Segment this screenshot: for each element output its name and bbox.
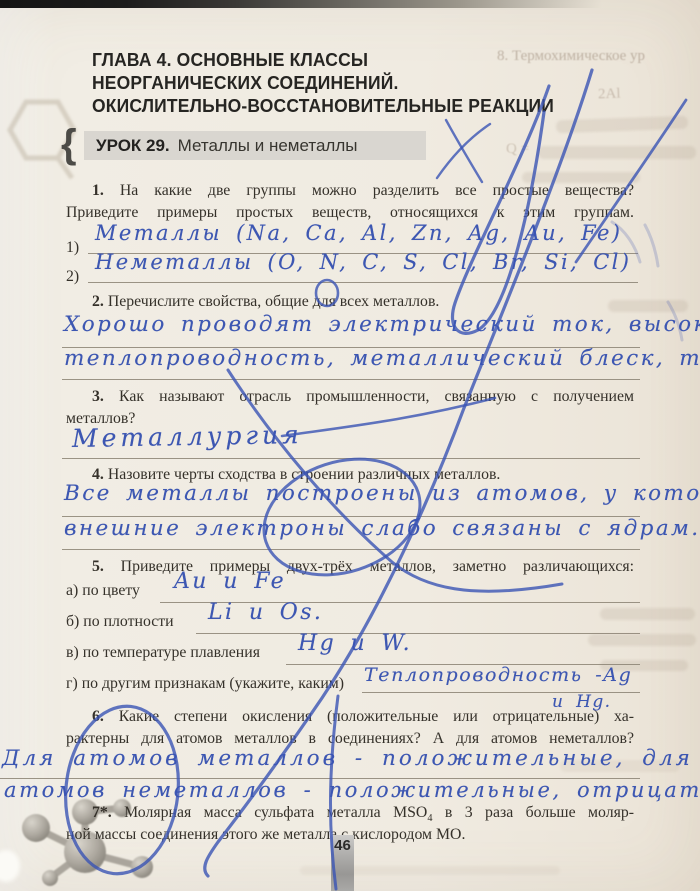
pen-scribble-overlay [0,0,700,891]
workbook-page-scan: 8. Термохимическое ур 2Al Q = [0,0,700,891]
scan-edge [0,0,700,8]
